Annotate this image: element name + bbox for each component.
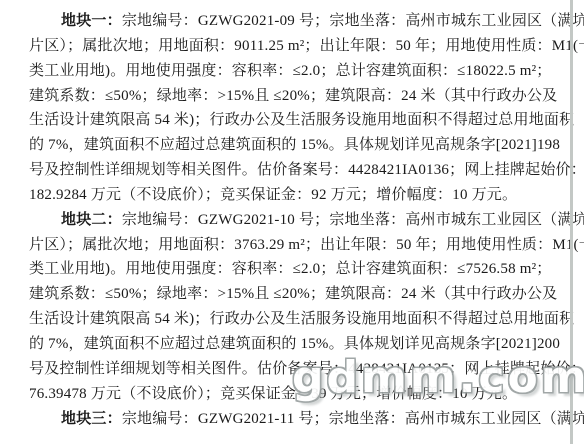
parcel-3-line-1: 宗地编号：GZWG2021-11 号；宗地坐落：高州市城东工业园区（满坑 (122, 411, 584, 427)
parcel-1-line-4: 建筑系数：≤50%；绿地率：>15%且 ≤20%；建筑限高：24 米（其中行政办… (29, 84, 563, 109)
parcel-2-line-8: 76.39478 万元（不设底价）；竞买保证金：39 万元；增价幅度：10 万元… (29, 382, 563, 407)
parcel-1-line-3: 类工业用地)。用地使用强度：容积率：≤2.0；总计容建筑面积：≤18022.5 … (29, 59, 563, 84)
document-page: 地块一：宗地编号：GZWG2021-09 号；宗地坐落：高州市城东工业园区（满坑… (29, 9, 563, 431)
page-right-edge (570, 0, 573, 444)
parcel-2-label: 地块二： (61, 212, 122, 228)
parcel-2-line-3: 类工业用地)。用地使用强度：容积率：≤2.0；总计容建筑面积：≤7526.58 … (29, 257, 563, 282)
text-line: 地块一：宗地编号：GZWG2021-09 号；宗地坐落：高州市城东工业园区（满坑 (29, 9, 563, 34)
parcel-2-line-2: 片区）；属批次地；用地面积：3763.29 m²；出让年限：50 年；用地使用性… (29, 233, 563, 258)
parcel-2-line-5: 生活设计建筑限高 54 米)；行政办公及生活服务设施用地面积不得超过总用地面积 (29, 307, 563, 332)
parcel-2-line-1: 宗地编号：GZWG2021-10 号；宗地坐落：高州市城东工业园区（满坑 (122, 212, 584, 228)
parcel-1-line-8: 182.9284 万元（不设底价）；竞买保证金：92 万元；增价幅度：10 万元… (29, 183, 563, 208)
parcel-1-line-1: 宗地编号：GZWG2021-09 号；宗地坐落：高州市城东工业园区（满坑 (122, 13, 584, 29)
parcel-1-paragraph: 地块一：宗地编号：GZWG2021-09 号；宗地坐落：高州市城东工业园区（满坑… (29, 9, 563, 208)
parcel-3-label: 地块三： (61, 411, 122, 427)
parcel-3-paragraph: 地块三：宗地编号：GZWG2021-11 号；宗地坐落：高州市城东工业园区（满坑 (29, 407, 563, 432)
parcel-2-line-4: 建筑系数：≤50%；绿地率：>15%且 ≤20%；建筑限高：24 米（其中行政办… (29, 282, 563, 307)
parcel-1-line-2: 片区）；属批次地；用地面积：9011.25 m²；出让年限：50 年；用地使用性… (29, 34, 563, 59)
parcel-2-line-7: 号及控制性详细规划等相关图件。估价备案号：4428421IA0135；网上挂牌起… (29, 357, 563, 382)
text-line: 地块三：宗地编号：GZWG2021-11 号；宗地坐落：高州市城东工业园区（满坑 (29, 407, 563, 432)
parcel-1-line-5: 生活设计建筑限高 54 米)；行政办公及生活服务设施用地面积不得超过总用地面积 (29, 108, 563, 133)
text-line: 地块二：宗地编号：GZWG2021-10 号；宗地坐落：高州市城东工业园区（满坑 (29, 208, 563, 233)
parcel-2-paragraph: 地块二：宗地编号：GZWG2021-10 号；宗地坐落：高州市城东工业园区（满坑… (29, 208, 563, 407)
parcel-1-line-6: 的 7%，建筑面积不应超过总建筑面积的 15%。具体规划详见高规条字[2021]… (29, 133, 563, 158)
parcel-2-line-6: 的 7%，建筑面积不应超过总建筑面积的 15%。具体规划详见高规条字[2021]… (29, 332, 563, 357)
parcel-1-line-7: 号及控制性详细规划等相关图件。估价备案号：4428421IA0136；网上挂牌起… (29, 158, 563, 183)
parcel-1-label: 地块一： (61, 13, 122, 29)
